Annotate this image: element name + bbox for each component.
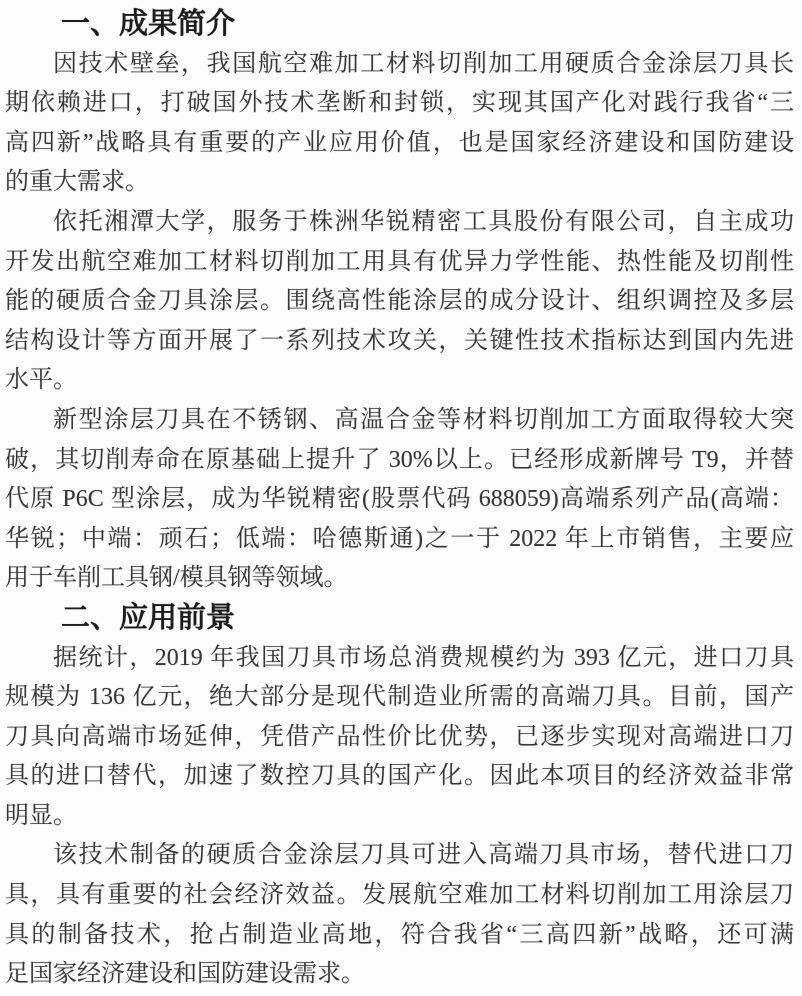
paragraph-line: 高四新”战略具有重要的产业应用价值，也是国家经济建设和国防建设 bbox=[5, 124, 794, 164]
paragraph-line: 华锐；中端：顽石；低端：哈德斯通)之一于 2022 年上市销售，主要应 bbox=[5, 520, 794, 560]
paragraph: 依托湘潭大学，服务于株洲华锐精密工具股份有限公司，自主成功 开发出航空难加工材料… bbox=[5, 203, 794, 401]
paragraph-line: 具，具有重要的社会经济效益。发展航空难加工材料切削加工用涂层刀 bbox=[5, 876, 794, 916]
paragraph-line: 规模为 136 亿元，绝大部分是现代制造业所需的高端刀具。目前，国产 bbox=[5, 678, 794, 718]
paragraph: 该技术制备的硬质合金涂层刀具可进入高端刀具市场，替代进口刀 具，具有重要的社会经… bbox=[5, 836, 794, 994]
paragraph-line: 刀具向高端市场延伸，凭借产品性价比优势，已逐步实现对高端进口刀 bbox=[5, 718, 794, 758]
paragraph-line: 开发出航空难加工材料切削加工用具有优异力学性能、热性能及切削性 bbox=[5, 243, 794, 283]
paragraph-line: 依托湘潭大学，服务于株洲华锐精密工具股份有限公司，自主成功 bbox=[5, 203, 794, 243]
paragraph: 新型涂层刀具在不锈钢、高温合金等材料切削加工方面取得较大突 破，其切削寿命在原基… bbox=[5, 401, 794, 599]
paragraph-line: 该技术制备的硬质合金涂层刀具可进入高端刀具市场，替代进口刀 bbox=[5, 836, 794, 876]
paragraph-line: 具的进口替代，加速了数控刀具的国产化。因此本项目的经济效益非常 bbox=[5, 757, 794, 797]
paragraph: 据统计，2019 年我国刀具市场总消费规模约为 393 亿元，进口刀具 规模为 … bbox=[5, 639, 794, 837]
paragraph-line: 能的硬质合金刀具涂层。围绕高性能涂层的成分设计、组织调控及多层 bbox=[5, 282, 794, 322]
paragraph-line: 新型涂层刀具在不锈钢、高温合金等材料切削加工方面取得较大突 bbox=[5, 401, 794, 441]
paragraph-line: 据统计，2019 年我国刀具市场总消费规模约为 393 亿元，进口刀具 bbox=[5, 639, 794, 679]
section-1-heading: 一、成果简介 bbox=[5, 5, 794, 45]
paragraph-line: 代原 P6C 型涂层，成为华锐精密(股票代码 688059)高端系列产品(高端： bbox=[5, 480, 794, 520]
paragraph-line: 的重大需求。 bbox=[5, 163, 794, 203]
paragraph-line: 具的制备技术，抢占制造业高地，符合我省“三高四新”战略，还可满 bbox=[5, 916, 794, 956]
paragraph-line: 明显。 bbox=[5, 797, 794, 837]
paragraph-line: 用于车削工具钢/模具钢等领域。 bbox=[5, 559, 794, 599]
paragraph-line: 因技术壁垒，我国航空难加工材料切削加工用硬质合金涂层刀具长 bbox=[5, 45, 794, 85]
section-2-heading: 二、应用前景 bbox=[5, 599, 794, 639]
document-page: 一、成果简介 因技术壁垒，我国航空难加工材料切削加工用硬质合金涂层刀具长 期依赖… bbox=[0, 0, 802, 996]
paragraph-line: 破，其切削寿命在原基础上提升了 30%以上。已经形成新牌号 T9，并替 bbox=[5, 441, 794, 481]
paragraph-line: 水平。 bbox=[5, 361, 794, 401]
paragraph-line: 结构设计等方面开展了一系列技术攻关，关键性技术指标达到国内先进 bbox=[5, 322, 794, 362]
paragraph-line: 足国家经济建设和国防建设需求。 bbox=[5, 955, 794, 995]
paragraph-line: 期依赖进口，打破国外技术垄断和封锁，实现其国产化对践行我省“三 bbox=[5, 84, 794, 124]
paragraph: 因技术壁垒，我国航空难加工材料切削加工用硬质合金涂层刀具长 期依赖进口，打破国外… bbox=[5, 45, 794, 203]
